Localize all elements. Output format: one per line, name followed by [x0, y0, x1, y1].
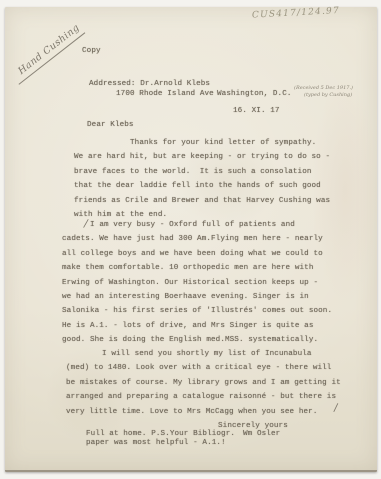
address-line-street: 1700 Rhode Island Ave: [116, 90, 214, 98]
received-note-line1: (Received 5 Dec 1917.): [294, 85, 353, 91]
postscript-line-2: paper was most helpful - A.1.!: [86, 439, 226, 447]
received-note-line2: (typed by Cushing): [304, 92, 352, 98]
address-line-recipient: Addressed: Dr.Arnold Klebs: [89, 80, 210, 88]
paragraph-1: Thanks for your kind letter of sympathy.…: [74, 136, 330, 222]
paragraph-3: I will send you shortly my list of Incun…: [66, 347, 341, 419]
postscript-line-1: Full at home. P.S.Your Bibliogr.: [86, 430, 235, 438]
signature: Wm Osler: [243, 430, 280, 438]
closing-line: Sincerely yours: [218, 422, 288, 430]
letter-date: 16. XI. 17: [233, 107, 280, 115]
scanned-letter: CUS417/124.97 Hand Cushing (Received 5 D…: [0, 0, 381, 479]
salutation: Dear Klebs: [87, 121, 134, 129]
copy-label: Copy: [82, 47, 101, 55]
address-line-city: Washington, D.C.: [217, 90, 292, 98]
paragraph-2: I am very busy - Oxford full of patients…: [62, 218, 332, 348]
